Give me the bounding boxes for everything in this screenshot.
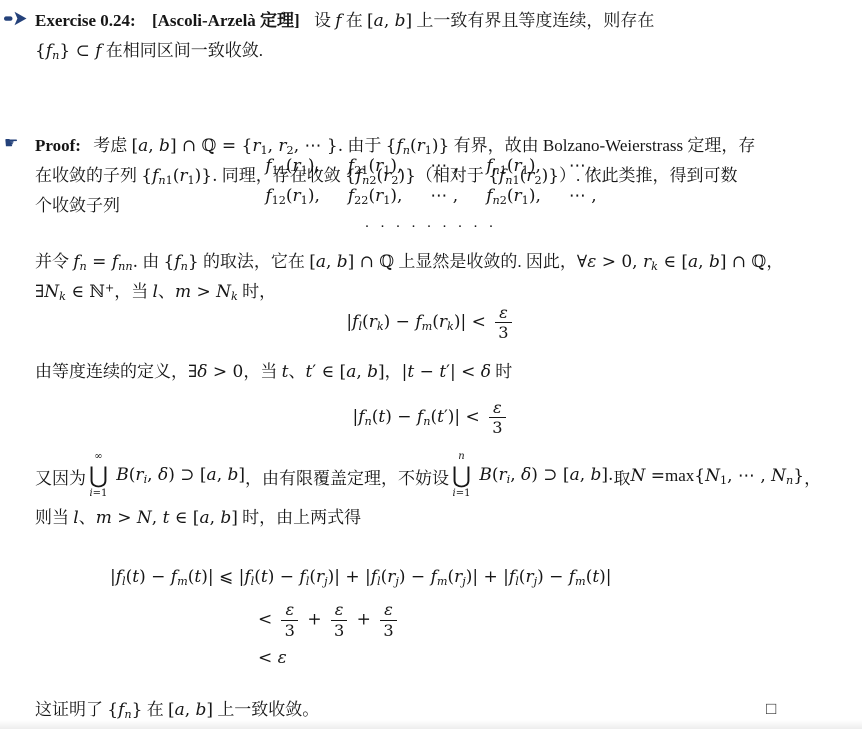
- exercise-statement-start: 设 f 在 [a, b] 上一致有界且等度连续，则存在: [314, 11, 654, 30]
- document-page: Exercise 0.24: [Ascoli-Arzelà 定理] 设 f 在 …: [0, 0, 862, 729]
- diagonal-line-1: 并令 fn = fnn. 由 {fn} 的取法，它在 [a, b] ∩ ℚ 上显…: [35, 247, 850, 277]
- arrow-bullet-icon: [4, 11, 27, 26]
- exercise-label: Exercise 0.24:: [35, 11, 136, 30]
- subsequence-array-row-1: f11(r1),f21(r1),⋯ ,fn1(r1),⋯ ,: [20, 151, 842, 181]
- exercise-line-1: Exercise 0.24: [Ascoli-Arzelà 定理] 设 f 在 …: [35, 6, 862, 36]
- cover-line-1: 又因为 ∞⋃i=1 B(ri, δ) ⊃ [a, b]，由有限覆盖定理，不妨设 …: [35, 449, 855, 503]
- estimate-chain-line-3: < ε: [258, 644, 287, 672]
- equicontinuity-paragraph: 由等度连续的定义，∃δ > 0，当 t、t′ ∈ [a, b]，|t − t′|…: [35, 357, 850, 387]
- display-cauchy-condition: |fl(rk) − fm(rk)| < ε3: [20, 298, 842, 346]
- qed-square: □: [766, 700, 776, 717]
- exercise-line-2: {fn} ⊂ f 在相同区间一致收敛.: [35, 36, 862, 66]
- display-equicontinuity: |fn(t) − fn(t′)| < ε3: [20, 393, 842, 441]
- exercise-block: Exercise 0.24: [Ascoli-Arzelà 定理] 设 f 在 …: [4, 6, 862, 66]
- estimate-chain-line-1: |fl(t) − fm(t)| ⩽ |fl(t) − fl(rj)| + |fl…: [110, 563, 612, 591]
- pointing-hand-icon: ☛: [4, 133, 18, 152]
- subsequence-array-row-2: f12(r1),f22(r1),⋯ ,fn2(r1),⋯ ,: [20, 181, 842, 211]
- exercise-bracket-title: [Ascoli-Arzelà 定理]: [152, 11, 300, 30]
- page-bottom-shade: [0, 720, 862, 729]
- cover-line-2: 则当 l、m > N, t ∈ [a, b] 时，由上两式得: [35, 503, 855, 533]
- estimate-chain-line-2: < ε3 + ε3 + ε3: [258, 594, 401, 646]
- subsequence-array-dots: . . . . . . . . .: [20, 211, 842, 235]
- cover-paragraph: 又因为 ∞⋃i=1 B(ri, δ) ⊃ [a, b]，由有限覆盖定理，不妨设 …: [35, 449, 855, 533]
- subsequence-array: f11(r1),f21(r1),⋯ ,fn1(r1),⋯ , f12(r1),f…: [20, 151, 842, 235]
